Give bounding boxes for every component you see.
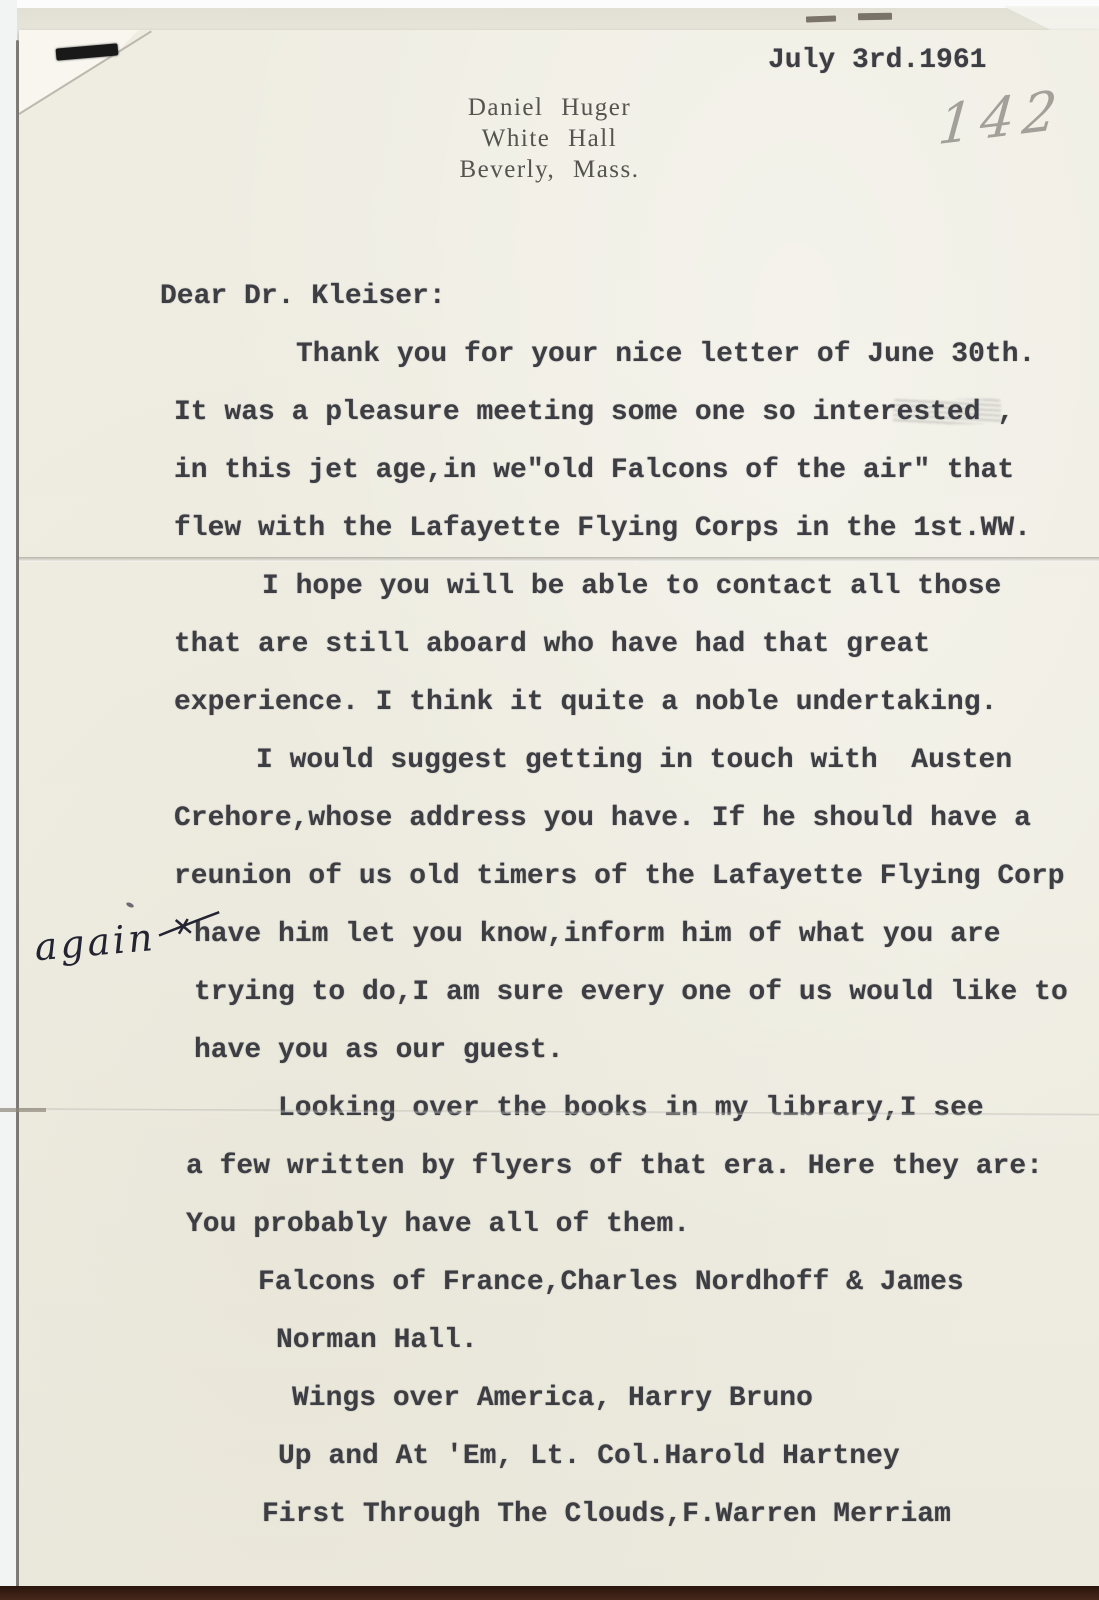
typed-line: I hope you will be able to contact all t… bbox=[0, 558, 1099, 616]
typed-line: reunion of us old timers of the Lafayett… bbox=[0, 848, 1099, 906]
margin-note-arrow-icon bbox=[155, 904, 228, 944]
ink-fragment-mark bbox=[806, 15, 836, 22]
typed-line: flew with the Lafayette Flying Corps in … bbox=[0, 500, 1099, 558]
typed-line: First Through The Clouds,F.Warren Merria… bbox=[0, 1486, 1099, 1544]
typed-line: experience. I think it quite a noble und… bbox=[0, 674, 1099, 732]
letterhead-city: Beverly, Mass. bbox=[0, 154, 1099, 185]
typed-line: Up and At 'Em, Lt. Col.Harold Hartney bbox=[0, 1428, 1099, 1486]
letterhead-house: White Hall bbox=[0, 123, 1099, 154]
typed-line: Falcons of France,Charles Nordhoff & Jam… bbox=[0, 1254, 1099, 1312]
table-surface bbox=[0, 1586, 1099, 1600]
overtype-smudge bbox=[893, 399, 1001, 424]
typed-line: have you as our guest. bbox=[0, 1022, 1099, 1080]
typed-line: in this jet age,in we"old Falcons of the… bbox=[0, 442, 1099, 500]
typed-line: that are still aboard who have had that … bbox=[0, 616, 1099, 674]
scanned-letter-photo: July 3rd.1961 Daniel Huger White Hall Be… bbox=[0, 0, 1099, 1600]
letterhead-name: Daniel Huger bbox=[0, 92, 1099, 123]
typed-line: Wings over America, Harry Bruno bbox=[0, 1370, 1099, 1428]
typed-line: Crehore,whose address you have. If he sh… bbox=[0, 790, 1099, 848]
typed-line: Dear Dr. Kleiser: bbox=[0, 268, 1099, 326]
fold-crease-upper bbox=[19, 557, 1099, 562]
letter-body: Dear Dr. Kleiser:Thank you for your nice… bbox=[0, 268, 1099, 1544]
typed-line: a few written by flyers of that era. Her… bbox=[0, 1138, 1099, 1196]
typed-line: You probably have all of them. bbox=[0, 1196, 1099, 1254]
letter-date: July 3rd.1961 bbox=[768, 45, 986, 76]
typed-line: Norman Hall. bbox=[0, 1312, 1099, 1370]
typed-line: Thank you for your nice letter of June 3… bbox=[0, 326, 1099, 384]
typed-line: I would suggest getting in touch with Au… bbox=[0, 732, 1099, 790]
letterhead: Daniel Huger White Hall Beverly, Mass. bbox=[0, 92, 1099, 185]
fold-crease-nick bbox=[0, 1108, 46, 1112]
ink-fragment-mark bbox=[858, 13, 892, 21]
typed-line: trying to do,I am sure every one of us w… bbox=[0, 964, 1099, 1022]
